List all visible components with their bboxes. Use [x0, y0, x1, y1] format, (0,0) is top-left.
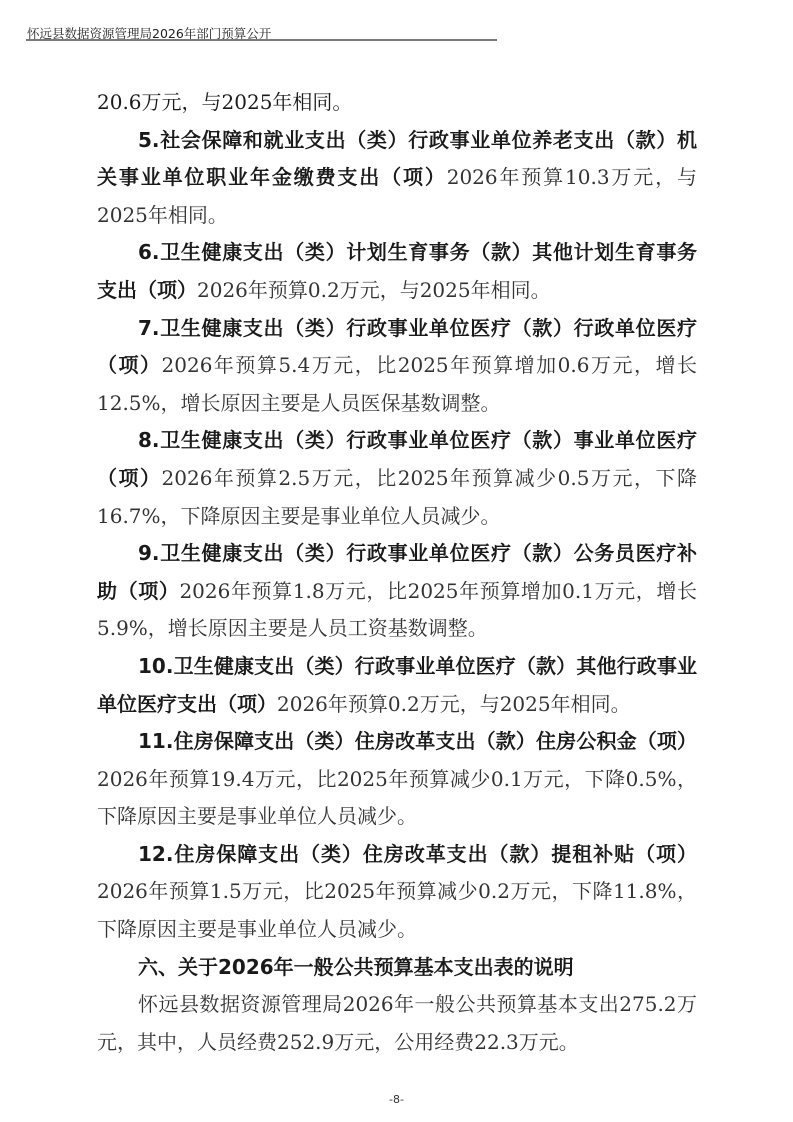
item-description: 2026年预算1.5万元，比2025年预算减少0.2万元，下降11.8%，下降原…	[97, 879, 697, 941]
item-description: 2026年预算1.8万元，比2025年预算增加0.1万元，增长5.9%，增长原因…	[97, 579, 697, 641]
budget-item-12: 12.住房保障支出（类）住房改革支出（款）提租补贴（项）2026年预算1.5万元…	[97, 836, 697, 949]
budget-item-8: 8.卫生健康支出（类）行政事业单位医疗（款）事业单位医疗（项）2026年预算2.…	[97, 422, 697, 535]
section-heading-basic-expenditure: 六、关于2026年一般公共预算基本支出表的说明	[97, 949, 697, 987]
item-classification: 住房保障支出（类）住房改革支出（款）住房公积金（项）	[173, 729, 697, 753]
budget-item-11: 11.住房保障支出（类）住房改革支出（款）住房公积金（项）2026年预算19.4…	[97, 723, 697, 836]
item-description: 2026年预算0.2万元，与2025年相同。	[197, 278, 551, 302]
budget-item-5: 5.社会保障和就业支出（类）行政事业单位养老支出（款）机关事业单位职业年金缴费支…	[97, 122, 697, 235]
item-number: 12.	[138, 842, 173, 866]
item-description: 2026年预算5.4万元，比2025年预算增加0.6万元，增长12.5%，增长原…	[97, 353, 697, 415]
budget-item-6: 6.卫生健康支出（类）计划生育事务（款）其他计划生育事务支出（项）2026年预算…	[97, 234, 697, 309]
continuation-paragraph: 20.6万元，与2025年相同。	[97, 84, 697, 122]
item-number: 11.	[138, 729, 173, 753]
budget-item-7: 7.卫生健康支出（类）行政事业单位医疗（款）行政单位医疗（项）2026年预算5.…	[97, 310, 697, 423]
header-divider	[26, 39, 497, 41]
budget-item-10: 10.卫生健康支出（类）行政事业单位医疗（款）其他行政事业单位医疗支出（项）20…	[97, 648, 697, 723]
section-body-paragraph: 怀远县数据资源管理局2026年一般公共预算基本支出275.2万元，其中，人员经费…	[97, 986, 697, 1061]
item-number: 7.	[138, 316, 160, 340]
budget-item-9: 9.卫生健康支出（类）行政事业单位医疗（款）公务员医疗补助（项）2026年预算1…	[97, 535, 697, 648]
item-number: 5.	[138, 128, 160, 152]
item-number: 8.	[138, 428, 160, 452]
item-description: 2026年预算19.4万元，比2025年预算减少0.1万元，下降0.5%，下降原…	[97, 767, 697, 829]
item-description: 2026年预算2.5万元，比2025年预算减少0.5万元，下降16.7%，下降原…	[97, 466, 697, 528]
page-number: -8-	[0, 1093, 793, 1106]
item-classification: 住房保障支出（类）住房改革支出（款）提租补贴（项）	[173, 842, 697, 866]
document-body: 20.6万元，与2025年相同。 5.社会保障和就业支出（类）行政事业单位养老支…	[97, 84, 697, 1061]
item-number: 9.	[138, 541, 160, 565]
item-description: 2026年预算0.2万元，与2025年相同。	[277, 692, 631, 716]
item-number: 6.	[138, 240, 160, 264]
item-number: 10.	[138, 654, 173, 678]
